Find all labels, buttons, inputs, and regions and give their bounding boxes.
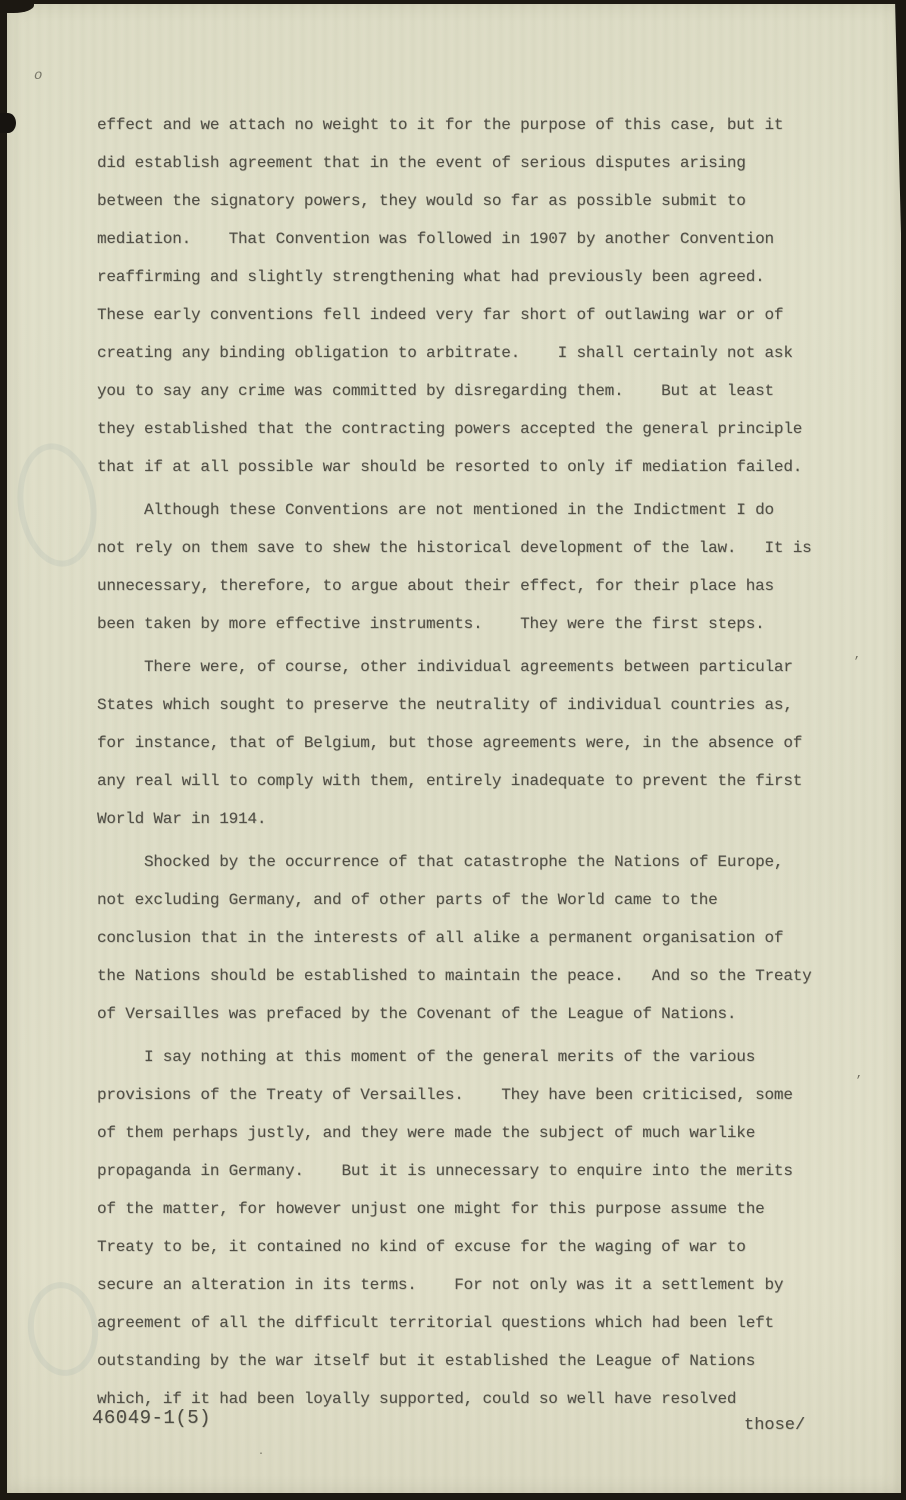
- paragraph: Shocked by the occurrence of that catast…: [97, 843, 857, 1033]
- text-line: agreement of all the difficult territori…: [97, 1304, 857, 1342]
- ink-blot: [0, 113, 16, 133]
- text-line: States which sought to preserve the neut…: [97, 686, 857, 724]
- text-line: There were, of course, other individual …: [97, 648, 857, 686]
- paragraph: I say nothing at this moment of the gene…: [97, 1038, 857, 1418]
- text-line: Although these Conventions are not menti…: [97, 491, 857, 529]
- text-line: Treaty to be, it contained no kind of ex…: [97, 1228, 857, 1266]
- text-line: outstanding by the war itself but it est…: [97, 1342, 857, 1380]
- text-line: secure an alteration in its terms. For n…: [97, 1266, 857, 1304]
- text-line: you to say any crime was committed by di…: [97, 372, 857, 410]
- text-line: These early conventions fell indeed very…: [97, 296, 857, 334]
- text-line: not excluding Germany, and of other part…: [97, 881, 857, 919]
- paragraph: There were, of course, other individual …: [97, 648, 857, 838]
- text-line: any real will to comply with them, entir…: [97, 762, 857, 800]
- text-line: been taken by more effective instruments…: [97, 605, 857, 643]
- text-line: between the signatory powers, they would…: [97, 182, 857, 220]
- page-reference-number: 46049-1(5): [92, 1407, 211, 1429]
- text-line: of them perhaps justly, and they were ma…: [97, 1114, 857, 1152]
- paragraph: Although these Conventions are not menti…: [97, 491, 857, 643]
- text-line: World War in 1914.: [97, 800, 857, 838]
- text-line: of Versailles was prefaced by the Covena…: [97, 995, 857, 1033]
- paragraph: effect and we attach no weight to it for…: [97, 106, 857, 486]
- text-line: I say nothing at this moment of the gene…: [97, 1038, 857, 1076]
- text-line: Shocked by the occurrence of that catast…: [97, 843, 857, 881]
- text-line: provisions of the Treaty of Versailles. …: [97, 1076, 857, 1114]
- typewritten-text-body: effect and we attach no weight to it for…: [97, 106, 857, 1418]
- scan-edge-bottom: [0, 1493, 906, 1500]
- paper-speck: ·: [258, 1449, 264, 1460]
- scan-edge-left: [0, 0, 7, 1500]
- scan-edge-top: [0, 0, 906, 4]
- text-line: for instance, that of Belgium, but those…: [97, 724, 857, 762]
- handwritten-mark: o: [34, 68, 42, 84]
- text-line: of the matter, for however unjust one mi…: [97, 1190, 857, 1228]
- text-line: propaganda in Germany. But it is unneces…: [97, 1152, 857, 1190]
- text-line: did establish agreement that in the even…: [97, 144, 857, 182]
- text-line: conclusion that in the interests of all …: [97, 919, 857, 957]
- text-line: creating any binding obligation to arbit…: [97, 334, 857, 372]
- text-line: not rely on them save to shew the histor…: [97, 529, 857, 567]
- text-line: reaffirming and slightly strengthening w…: [97, 258, 857, 296]
- text-line: they established that the contracting po…: [97, 410, 857, 448]
- text-line: mediation. That Convention was followed …: [97, 220, 857, 258]
- catchword: those/: [744, 1416, 805, 1435]
- text-line: effect and we attach no weight to it for…: [97, 106, 857, 144]
- text-line: unnecessary, therefore, to argue about t…: [97, 567, 857, 605]
- text-line: that if at all possible war should be re…: [97, 448, 857, 486]
- text-line: the Nations should be established to mai…: [97, 957, 857, 995]
